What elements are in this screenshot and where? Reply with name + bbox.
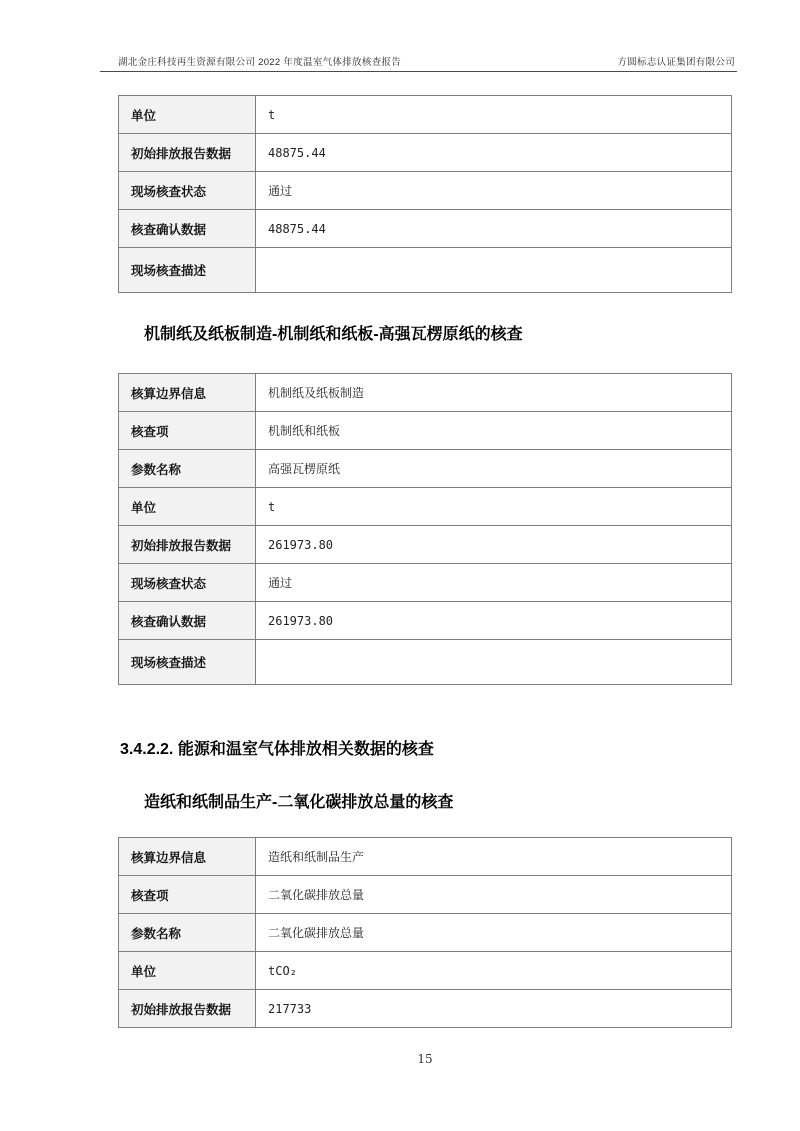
table-row: 现场核查描述 bbox=[119, 248, 732, 293]
table3-title: 造纸和纸制品生产-二氧化碳排放总量的核查 bbox=[118, 789, 453, 812]
row-value: 48875.44 bbox=[256, 210, 732, 248]
document-page: 湖北金庄科技再生资源有限公司 2022 年度温室气体排放核查报告 方圆标志认证集… bbox=[0, 0, 800, 1131]
table-row: 核查项 机制纸和纸板 bbox=[119, 412, 732, 450]
row-label: 核算边界信息 bbox=[119, 838, 256, 876]
table-row: 单位 t bbox=[119, 488, 732, 526]
row-label: 参数名称 bbox=[119, 914, 256, 952]
header-certifier-name: 方圆标志认证集团有限公司 bbox=[617, 54, 737, 68]
row-value: 48875.44 bbox=[256, 134, 732, 172]
row-label: 核查项 bbox=[119, 876, 256, 914]
row-value: 二氧化碳排放总量 bbox=[256, 876, 732, 914]
row-label: 现场核查状态 bbox=[119, 172, 256, 210]
row-value: 通过 bbox=[256, 172, 732, 210]
table-row: 核算边界信息 机制纸及纸板制造 bbox=[119, 374, 732, 412]
page-number: 15 bbox=[118, 1052, 732, 1066]
verification-table-2: 核算边界信息 机制纸及纸板制造 核查项 机制纸和纸板 参数名称 高强瓦楞原纸 单… bbox=[118, 373, 732, 685]
table-row: 初始排放报告数据 261973.80 bbox=[119, 526, 732, 564]
table-row: 初始排放报告数据 217733 bbox=[119, 990, 732, 1028]
table-row: 核算边界信息 造纸和纸制品生产 bbox=[119, 838, 732, 876]
row-value: tCO₂ bbox=[256, 952, 732, 990]
table-row: 现场核查描述 bbox=[119, 640, 732, 685]
row-label: 核查确认数据 bbox=[119, 602, 256, 640]
row-value: 高强瓦楞原纸 bbox=[256, 450, 732, 488]
table-row: 现场核查状态 通过 bbox=[119, 564, 732, 602]
row-value: 机制纸及纸板制造 bbox=[256, 374, 732, 412]
verification-table-1: 单位 t 初始排放报告数据 48875.44 现场核查状态 通过 核查确认数据 … bbox=[118, 95, 732, 293]
row-value: 机制纸和纸板 bbox=[256, 412, 732, 450]
row-label: 现场核查状态 bbox=[119, 564, 256, 602]
row-value bbox=[256, 640, 732, 685]
row-value: 造纸和纸制品生产 bbox=[256, 838, 732, 876]
row-label: 单位 bbox=[119, 96, 256, 134]
row-value: 二氧化碳排放总量 bbox=[256, 914, 732, 952]
row-label: 初始排放报告数据 bbox=[119, 134, 256, 172]
row-value: t bbox=[256, 96, 732, 134]
row-label: 现场核查描述 bbox=[119, 248, 256, 293]
table-row: 核查确认数据 48875.44 bbox=[119, 210, 732, 248]
row-label: 单位 bbox=[119, 488, 256, 526]
row-label: 核查确认数据 bbox=[119, 210, 256, 248]
row-label: 核算边界信息 bbox=[119, 374, 256, 412]
table-row: 核查确认数据 261973.80 bbox=[119, 602, 732, 640]
table-row: 单位 tCO₂ bbox=[119, 952, 732, 990]
table2-title: 机制纸及纸板制造-机制纸和纸板-高强瓦楞原纸的核查 bbox=[118, 321, 523, 344]
row-value: 217733 bbox=[256, 990, 732, 1028]
table-row: 初始排放报告数据 48875.44 bbox=[119, 134, 732, 172]
row-label: 核查项 bbox=[119, 412, 256, 450]
header-report-title: 湖北金庄科技再生资源有限公司 2022 年度温室气体排放核查报告 bbox=[100, 54, 401, 68]
table-row: 参数名称 高强瓦楞原纸 bbox=[119, 450, 732, 488]
row-value: 通过 bbox=[256, 564, 732, 602]
row-label: 初始排放报告数据 bbox=[119, 526, 256, 564]
table-row: 参数名称 二氧化碳排放总量 bbox=[119, 914, 732, 952]
row-label: 初始排放报告数据 bbox=[119, 990, 256, 1028]
row-label: 单位 bbox=[119, 952, 256, 990]
row-value: 261973.80 bbox=[256, 602, 732, 640]
row-value: t bbox=[256, 488, 732, 526]
row-value: 261973.80 bbox=[256, 526, 732, 564]
verification-table-3: 核算边界信息 造纸和纸制品生产 核查项 二氧化碳排放总量 参数名称 二氧化碳排放… bbox=[118, 837, 732, 1028]
table-row: 现场核查状态 通过 bbox=[119, 172, 732, 210]
running-header: 湖北金庄科技再生资源有限公司 2022 年度温室气体排放核查报告 方圆标志认证集… bbox=[100, 50, 737, 72]
table-row: 单位 t bbox=[119, 96, 732, 134]
table-row: 核查项 二氧化碳排放总量 bbox=[119, 876, 732, 914]
row-label: 参数名称 bbox=[119, 450, 256, 488]
row-label: 现场核查描述 bbox=[119, 640, 256, 685]
section-heading: 3.4.2.2. 能源和温室气体排放相关数据的核查 bbox=[120, 736, 434, 759]
row-value bbox=[256, 248, 732, 293]
